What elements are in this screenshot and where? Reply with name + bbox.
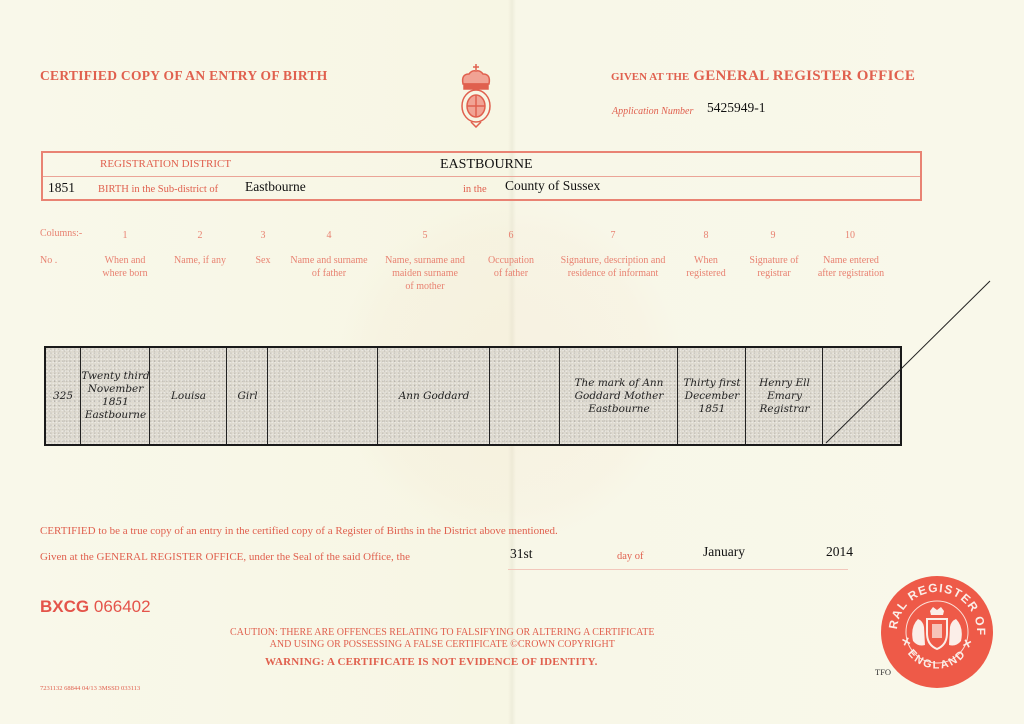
entry-registrar: Henry Ell Emary Registrar bbox=[745, 348, 823, 444]
issue-month: January bbox=[703, 544, 745, 560]
certificate-serial: BXCG 066402 bbox=[40, 597, 151, 617]
registration-district-label: REGISTRATION DISTRICT bbox=[100, 158, 231, 170]
date-underline bbox=[508, 569, 848, 570]
entry-mother: Ann Goddard bbox=[377, 348, 490, 444]
column-number-2: 2 bbox=[175, 230, 225, 241]
no-label: No . bbox=[40, 254, 57, 267]
column-number-3: 3 bbox=[238, 230, 288, 241]
column-number-9: 9 bbox=[748, 230, 798, 241]
caution-notice: CAUTION: THERE ARE OFFENCES RELATING TO … bbox=[230, 627, 654, 651]
registration-year: 1851 bbox=[48, 180, 75, 196]
print-code: 7231132 68844 04/13 3MSSD 033113 bbox=[40, 685, 140, 692]
certified-statement: CERTIFIED to be a true copy of an entry … bbox=[40, 525, 558, 537]
column-number-6: 6 bbox=[486, 230, 536, 241]
column-desc-3: Sex bbox=[243, 254, 283, 267]
county-value: County of Sussex bbox=[505, 178, 600, 194]
entry-when-registered: Thirty first December 1851 bbox=[677, 348, 746, 444]
column-number-1: 1 bbox=[100, 230, 150, 241]
certificate-title: CERTIFIED COPY OF AN ENTRY OF BIRTH bbox=[40, 68, 328, 84]
serial-prefix: BXCG bbox=[40, 597, 89, 616]
column-desc-4: Name and surname of father bbox=[281, 254, 377, 280]
entry-father-occupation bbox=[489, 348, 560, 444]
given-at-statement: Given at the GENERAL REGISTER OFFICE, un… bbox=[40, 551, 410, 563]
column-desc-7: Signature, description and residence of … bbox=[553, 254, 673, 280]
day-of-label: day of bbox=[617, 551, 644, 562]
issue-day: 31st bbox=[510, 546, 533, 562]
column-number-7: 7 bbox=[588, 230, 638, 241]
column-number-4: 4 bbox=[304, 230, 354, 241]
column-number-8: 8 bbox=[681, 230, 731, 241]
issue-year: 2014 bbox=[826, 544, 853, 560]
column-desc-6: Occupation of father bbox=[480, 254, 542, 280]
gro-title: GENERAL REGISTER OFFICE bbox=[693, 68, 915, 84]
application-number-label: Application Number bbox=[612, 106, 693, 117]
serial-number: 066402 bbox=[94, 597, 151, 616]
column-desc-1: When and where born bbox=[85, 254, 165, 280]
entry-name-after-registration bbox=[822, 348, 901, 444]
tfo-code: TFO bbox=[875, 667, 891, 677]
caution-line-2: AND USING OR POSSESSING A FALSE CERTIFIC… bbox=[230, 639, 654, 651]
registration-district-value: EASTBOURNE bbox=[440, 157, 533, 173]
identity-warning: WARNING: A CERTIFICATE IS NOT EVIDENCE O… bbox=[265, 656, 598, 668]
entry-informant: The mark of Ann Goddard Mother Eastbourn… bbox=[559, 348, 678, 444]
column-desc-10: Name entered after registration bbox=[810, 254, 892, 280]
given-at-label: GIVEN AT THE bbox=[611, 71, 689, 83]
in-the-label: in the bbox=[463, 184, 487, 195]
column-desc-5: Name, surname and maiden surname of moth… bbox=[375, 254, 475, 293]
column-desc-2: Name, if any bbox=[165, 254, 235, 267]
entry-when-where-born: Twenty third November 1851 Eastbourne bbox=[80, 348, 150, 444]
register-entry-row: 325 Twenty third November 1851 Eastbourn… bbox=[44, 346, 902, 446]
columns-label: Columns:- bbox=[40, 228, 82, 239]
entry-name: Louisa bbox=[149, 348, 227, 444]
column-number-10: 10 bbox=[825, 230, 875, 241]
subdistrict-value: Eastbourne bbox=[245, 179, 306, 195]
subdistrict-label: BIRTH in the Sub-district of bbox=[98, 184, 218, 195]
royal-crest-icon bbox=[457, 62, 495, 128]
entry-sex: Girl bbox=[226, 348, 268, 444]
application-number: 5425949-1 bbox=[707, 100, 766, 116]
entry-number: 325 bbox=[46, 348, 80, 444]
column-desc-8: When registered bbox=[676, 254, 736, 280]
caution-line-1: CAUTION: THERE ARE OFFENCES RELATING TO … bbox=[230, 627, 654, 639]
gro-heading: GIVEN AT THE GENERAL REGISTER OFFICE bbox=[611, 67, 915, 85]
entry-father bbox=[267, 348, 378, 444]
column-desc-9: Signature of registrar bbox=[742, 254, 806, 280]
gro-seal-icon: GENERAL REGISTER OFFICE ✕ ENGLAND ✕ bbox=[880, 575, 994, 689]
column-number-5: 5 bbox=[400, 230, 450, 241]
